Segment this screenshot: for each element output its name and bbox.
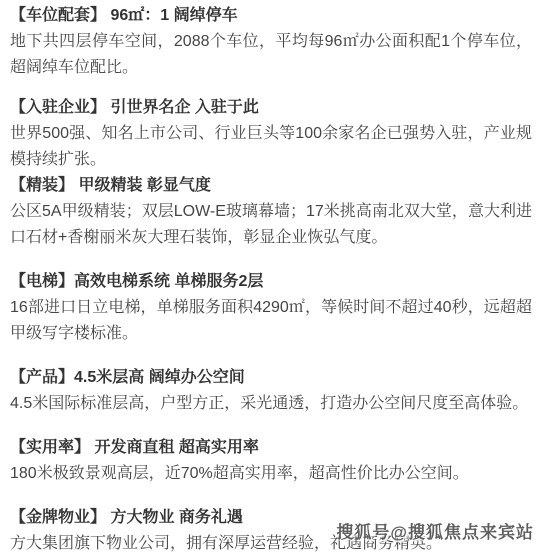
section-body: 公区5A甲级精装；双层LOW-E玻璃幕墙；17米挑高南北双大堂，意大利进口石材+… (10, 199, 532, 251)
section-body: 16部进口日立电梯，单梯服务面积4290㎡，等候时间不超过40秒，远超超甲级写字… (10, 295, 532, 347)
section-parking: 【车位配套】 96㎡：1 阔绰停车 地下共四层停车空间，2088个车位，平均每9… (10, 3, 532, 81)
sohu-watermark: 搜狐号@搜狐焦点来宾站 (336, 518, 534, 543)
section-product: 【产品】4.5米层高 阔绰办公空间 4.5米国际标准层高，户型方正，采光通透，打… (10, 365, 532, 417)
section-heading: 【产品】4.5米层高 阔绰办公空间 (10, 365, 532, 391)
section-body: 180米极致景观高层，近70%超高实用率，超高性价比办公空间。 (10, 461, 532, 487)
section-elevator: 【电梯】高效电梯系统 单梯服务2层 16部进口日立电梯，单梯服务面积4290㎡，… (10, 269, 532, 347)
section-enterprises: 【入驻企业】 引世界名企 入驻于此 世界500强、知名上市公司、行业巨头等100… (10, 95, 532, 173)
section-heading: 【电梯】高效电梯系统 单梯服务2层 (10, 269, 532, 295)
section-efficiency: 【实用率】 开发商直租 超高实用率 180米极致景观高层，近70%超高实用率，超… (10, 435, 532, 487)
article-content: 【车位配套】 96㎡：1 阔绰停车 地下共四层停车空间，2088个车位，平均每9… (0, 0, 539, 553)
section-body: 世界500强、知名上市公司、行业巨头等100余家名企已强势入驻，产业规模持续扩张… (10, 121, 532, 173)
section-decoration: 【精装】 甲级精装 彰显气度 公区5A甲级精装；双层LOW-E玻璃幕墙；17米挑… (10, 173, 532, 251)
section-heading: 【车位配套】 96㎡：1 阔绰停车 (10, 3, 532, 29)
section-body: 4.5米国际标准层高，户型方正，采光通透，打造办公空间尺度至高体验。 (10, 391, 532, 417)
section-heading: 【入驻企业】 引世界名企 入驻于此 (10, 95, 532, 121)
section-body: 地下共四层停车空间，2088个车位，平均每96㎡办公面积配1个停车位，超阔绰车位… (10, 29, 532, 81)
section-heading: 【实用率】 开发商直租 超高实用率 (10, 435, 532, 461)
section-heading: 【精装】 甲级精装 彰显气度 (10, 173, 532, 199)
